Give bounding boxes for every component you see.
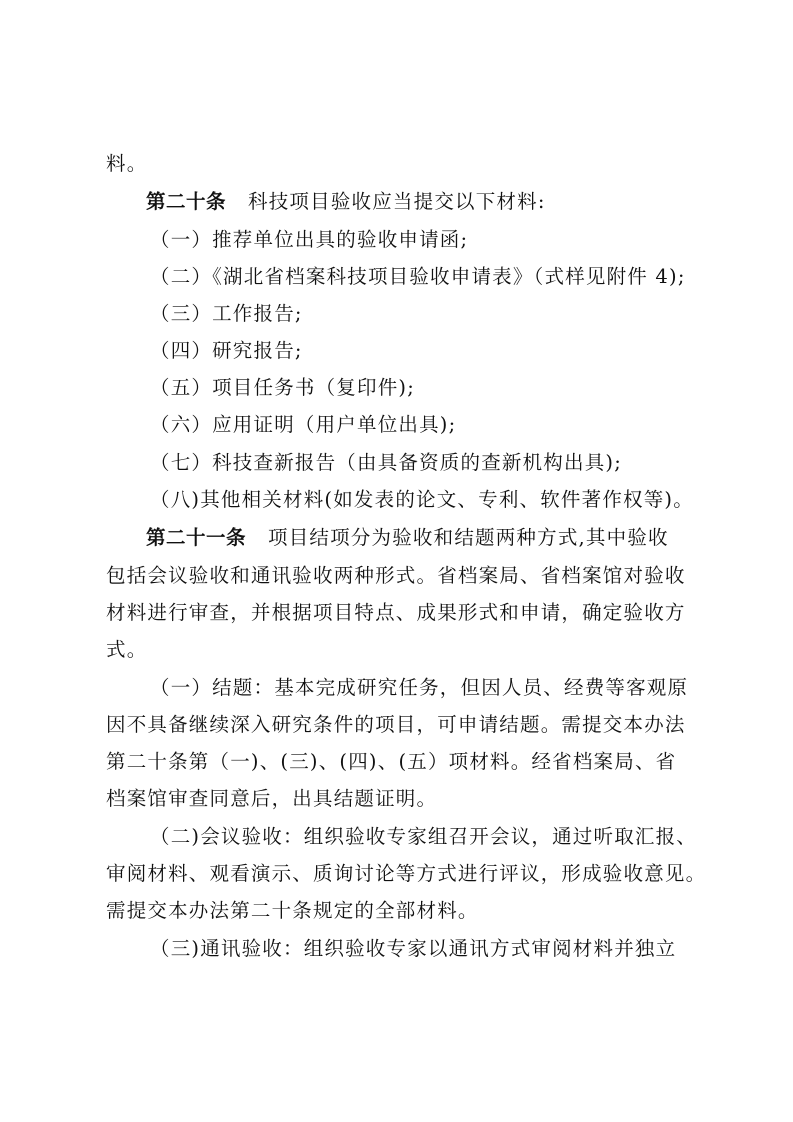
- list-item: （五）项目任务书（复印件);: [150, 376, 415, 400]
- list-item: （七）科技查新报告（由具备资质的查新机构出具);: [150, 451, 622, 475]
- paragraph-line: 档案馆审查同意后，出具结题证明。: [106, 787, 437, 811]
- article-text: 科技项目验收应当提交以下材料:: [248, 190, 546, 213]
- paragraph-line: 包括会议验收和通讯验收两种形式。省档案局、省档案馆对验收: [106, 564, 686, 588]
- list-item: （八)其他相关材料(如发表的论文、专利、软件著作权等)。: [150, 488, 694, 512]
- paragraph-line: 材料进行审查，并根据项目特点、成果形式和申请，确定验收方: [106, 601, 686, 625]
- article-heading: 第二十条: [146, 190, 226, 213]
- paragraph-line: （三)通讯验收：组织验收专家以通讯方式审阅材料并独立: [150, 937, 676, 961]
- list-item: （四）研究报告;: [150, 339, 303, 363]
- list-item: （六）应用证明（用户单位出具);: [150, 413, 456, 437]
- list-item: （一）推荐单位出具的验收申请函;: [150, 228, 468, 252]
- paragraph-line: 因不具备继续深入研究条件的项目，可申请结题。需提交本办法: [106, 713, 686, 737]
- paragraph-line: 第二十条第（一)、(三)、(四)、(五）项材料。经省档案局、省: [106, 750, 676, 774]
- article-heading: 第二十一条: [146, 526, 246, 549]
- paragraph-line: 审阅材料、观看演示、质询讨论等方式进行评议，形成验收意见。: [106, 862, 706, 886]
- paragraph-line: （一）结题：基本完成研究任务，但因人员、经费等客观原: [150, 676, 688, 700]
- article-text: 项目结项分为验收和结题两种方式,其中验收: [268, 526, 669, 549]
- paragraph-line: （二)会议验收：组织验收专家组召开会议，通过听取汇报、: [150, 825, 697, 849]
- paragraph-line: 需提交本办法第二十条规定的全部材料。: [106, 899, 479, 923]
- paragraph-line: 式。: [106, 638, 147, 662]
- list-item: （三）工作报告;: [150, 302, 303, 326]
- list-item: （二）《湖北省档案科技项目验收申请表》（式样见附件 4);: [150, 265, 686, 289]
- paragraph-line: 料。: [106, 152, 147, 176]
- document-page: 料。 第二十条科技项目验收应当提交以下材料: （一）推荐单位出具的验收申请函; …: [0, 0, 793, 1122]
- article-20-line: 第二十条科技项目验收应当提交以下材料:: [146, 190, 546, 214]
- article-21-line: 第二十一条项目结项分为验收和结题两种方式,其中验收: [146, 526, 669, 550]
